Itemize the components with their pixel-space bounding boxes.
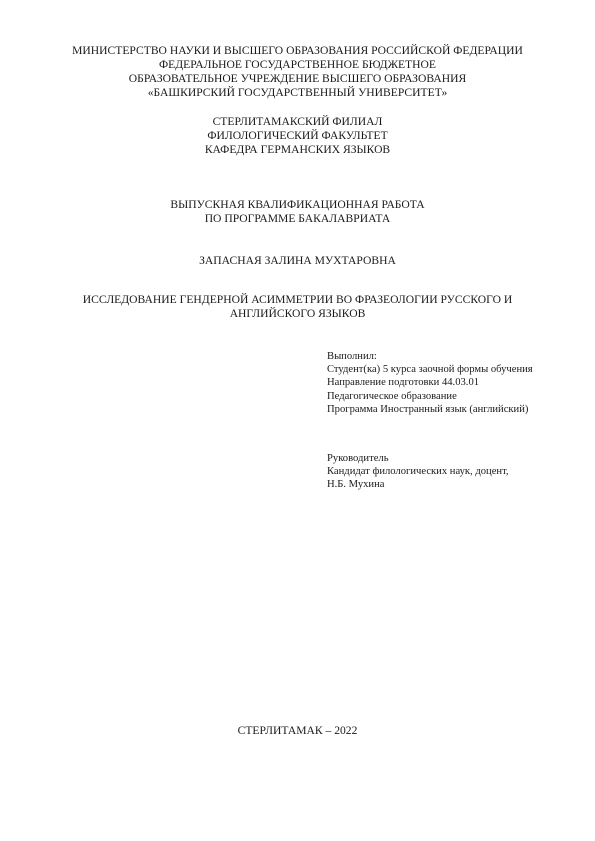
performer-label: Выполнил: <box>327 350 533 363</box>
work-type-line: ВЫПУСКНАЯ КВАЛИФИКАЦИОННАЯ РАБОТА <box>0 198 595 212</box>
header-line: «БАШКИРСКИЙ ГОСУДАРСТВЕННЫЙ УНИВЕРСИТЕТ» <box>0 86 595 100</box>
header-line: МИНИСТЕРСТВО НАУКИ И ВЫСШЕГО ОБРАЗОВАНИЯ… <box>0 44 595 58</box>
supervisor-info: Руководитель Кандидат филологических нау… <box>327 452 509 492</box>
header-line: ФЕДЕРАЛЬНОЕ ГОСУДАРСТВЕННОЕ БЮДЖЕТНОЕ <box>0 58 595 72</box>
thesis-title-line: ИССЛЕДОВАНИЕ ГЕНДЕРНОЙ АСИММЕТРИИ ВО ФРА… <box>0 293 595 307</box>
supervisor-line: Н.Б. Мухина <box>327 478 509 491</box>
performer-line: Педагогическое образование <box>327 390 533 403</box>
city-year-footer: СТЕРЛИТАМАК – 2022 <box>0 724 595 738</box>
ministry-header: МИНИСТЕРСТВО НАУКИ И ВЫСШЕГО ОБРАЗОВАНИЯ… <box>0 44 595 100</box>
performer-line: Направление подготовки 44.03.01 <box>327 376 533 389</box>
performer-info: Выполнил: Студент(ка) 5 курса заочной фо… <box>327 350 533 416</box>
author-name-text: ЗАПАСНАЯ ЗАЛИНА МУХТАРОВНА <box>0 254 595 268</box>
performer-line: Студент(ка) 5 курса заочной формы обучен… <box>327 363 533 376</box>
performer-line: Программа Иностранный язык (английский) <box>327 403 533 416</box>
author-name: ЗАПАСНАЯ ЗАЛИНА МУХТАРОВНА <box>0 254 595 268</box>
supervisor-label: Руководитель <box>327 452 509 465</box>
faculty-name: ФИЛОЛОГИЧЕСКИЙ ФАКУЛЬТЕТ <box>0 129 595 143</box>
thesis-title: ИССЛЕДОВАНИЕ ГЕНДЕРНОЙ АСИММЕТРИИ ВО ФРА… <box>0 293 595 321</box>
city-year: СТЕРЛИТАМАК – 2022 <box>0 724 595 738</box>
thesis-title-line: АНГЛИЙСКОГО ЯЗЫКОВ <box>0 307 595 321</box>
work-type: ВЫПУСКНАЯ КВАЛИФИКАЦИОННАЯ РАБОТА ПО ПРО… <box>0 198 595 226</box>
branch-name: СТЕРЛИТАМАКСКИЙ ФИЛИАЛ <box>0 115 595 129</box>
supervisor-line: Кандидат филологических наук, доцент, <box>327 465 509 478</box>
department-name: КАФЕДРА ГЕРМАНСКИХ ЯЗЫКОВ <box>0 143 595 157</box>
branch-faculty-department: СТЕРЛИТАМАКСКИЙ ФИЛИАЛ ФИЛОЛОГИЧЕСКИЙ ФА… <box>0 115 595 157</box>
work-type-line: ПО ПРОГРАММЕ БАКАЛАВРИАТА <box>0 212 595 226</box>
header-line: ОБРАЗОВАТЕЛЬНОЕ УЧРЕЖДЕНИЕ ВЫСШЕГО ОБРАЗ… <box>0 72 595 86</box>
